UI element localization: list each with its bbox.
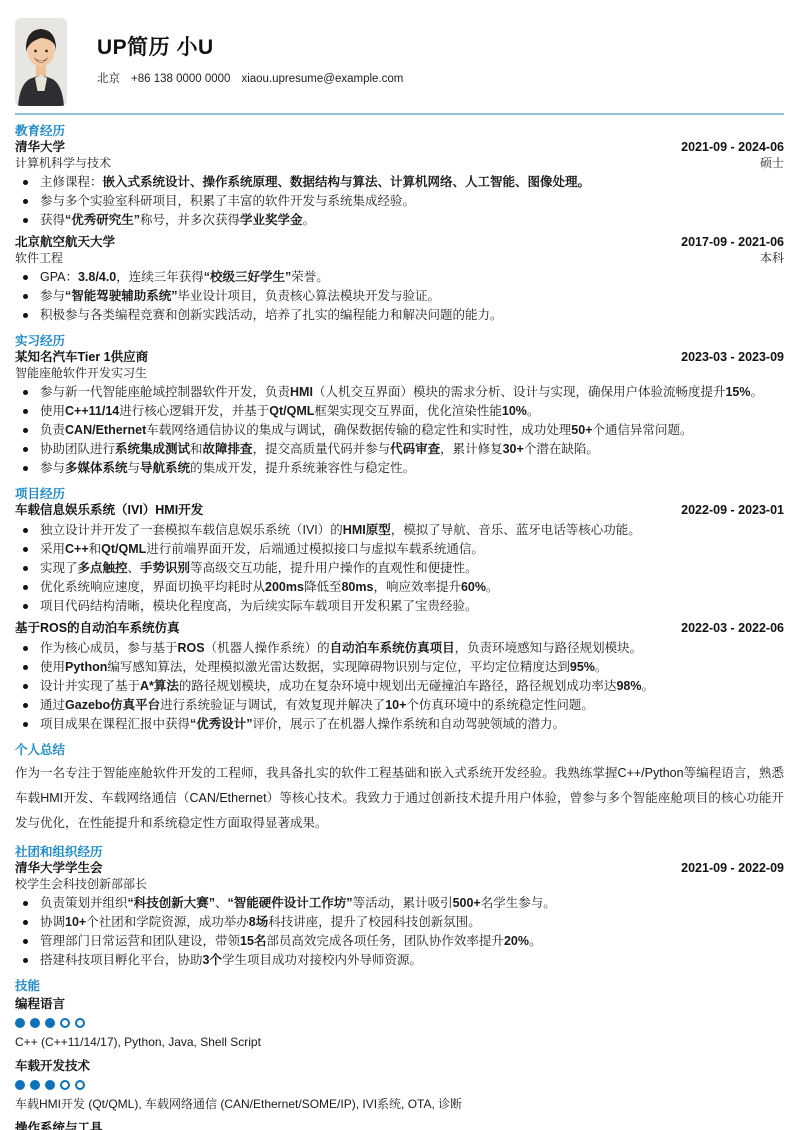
bullet-item: 参与“智能驾驶辅助系统”毕业设计项目，负责核心算法模块开发与验证。 bbox=[15, 287, 784, 306]
bullet-text-bold: 15名 bbox=[240, 934, 266, 948]
degree-label: 本科 bbox=[760, 251, 784, 265]
bullet-text: 获得 bbox=[40, 213, 65, 227]
bullet-text-bold: 80ms bbox=[341, 580, 373, 594]
bullet-item: 参与新一代智能座舱域控制器软件开发，负责HMI（人机交互界面）模块的需求分析、设… bbox=[15, 383, 784, 402]
section-title: 技能 bbox=[15, 979, 784, 993]
bullet-item: 使用C++11/14进行核心逻辑开发，并基于Qt/QML框架实现交互界面，优化渲… bbox=[15, 402, 784, 421]
bullet-text: 。 bbox=[595, 660, 608, 674]
bullet-text-bold: 导航系统 bbox=[140, 461, 190, 475]
header-divider bbox=[15, 113, 784, 115]
bullet-text: 科技讲座，提升了校园科技创新氛围。 bbox=[268, 915, 481, 929]
bullet-text: 使用 bbox=[40, 404, 65, 418]
bullet-text-bold: Python bbox=[65, 660, 107, 674]
bullet-text-bold: 代码审查 bbox=[390, 442, 440, 456]
bullet-text: 部员高效完成各项任务，团队协作效率提升 bbox=[266, 934, 504, 948]
bullet-text-bold: 500+ bbox=[453, 896, 481, 910]
bullet-item: 参与多媒体系统与导航系统的集成开发，提升系统兼容性与稳定性。 bbox=[15, 459, 784, 478]
section-title: 实习经历 bbox=[15, 334, 784, 348]
bullet-item: 参与多个实验室科研项目，积累了丰富的软件开发与系统集成经验。 bbox=[15, 192, 784, 211]
education-entry: 清华大学 2021-09 - 2024-06 计算机科学与技术 硕士 主修课程：… bbox=[15, 140, 784, 230]
portrait-illustration bbox=[15, 18, 67, 106]
bullet-text-bold: 3个 bbox=[203, 953, 222, 967]
email-text: xiaou.upresume@example.com bbox=[241, 73, 403, 85]
bullet-text: 。 bbox=[750, 385, 763, 399]
section-title: 项目经历 bbox=[15, 487, 784, 501]
section-title: 社团和组织经历 bbox=[15, 845, 784, 859]
bullet-text-bold: 学业奖学金 bbox=[240, 213, 303, 227]
bullet-text: 搭建科技项目孵化平台，协助 bbox=[40, 953, 203, 967]
rating-dot-empty-icon bbox=[75, 1018, 85, 1028]
bullet-text: 降低至 bbox=[304, 580, 342, 594]
project-entry: 车载信息娱乐系统（IVI）HMI开发 2022-09 - 2023-01 独立设… bbox=[15, 503, 784, 616]
section-skills: 技能 编程语言 C++ (C++11/14/17), Python, Java,… bbox=[15, 979, 784, 1130]
bullet-text: ，提交高质量代码并参与 bbox=[253, 442, 391, 456]
bullet-item: 管理部门日常运营和团队建设，带领15名部员高效完成各项任务，团队协作效率提升20… bbox=[15, 932, 784, 951]
profile-photo bbox=[15, 18, 67, 106]
school-name: 清华大学 bbox=[15, 140, 65, 155]
bullet-list: 主修课程：嵌入式系统设计、操作系统原理、数据结构与算法、计算机网络、人工智能、图… bbox=[15, 173, 784, 230]
bullet-text: 参与 bbox=[40, 289, 65, 303]
bullet-text-bold: “智能驾驶辅助系统” bbox=[65, 289, 178, 303]
bullet-text: 。 bbox=[486, 580, 499, 594]
bullet-text-bold: 3.8/4.0 bbox=[78, 270, 116, 284]
bullet-text: 采用 bbox=[40, 542, 65, 556]
bullet-text-bold: 系统集成测试 bbox=[115, 442, 190, 456]
section-organizations: 社团和组织经历 清华大学学生会 2021-09 - 2022-09 校学生会科技… bbox=[15, 845, 784, 970]
school-name: 北京航空航天大学 bbox=[15, 235, 115, 250]
bullet-text-bold: C++ bbox=[65, 542, 89, 556]
bullet-text: 车载网络通信协议的集成与调试，确保数据传输的稳定性和实时性，成功处理 bbox=[146, 423, 571, 437]
bullet-text-bold: 30+ bbox=[503, 442, 524, 456]
bullet-text: 个仿真环境中的系统稳定性问题。 bbox=[406, 698, 594, 712]
bullet-text-bold: HMI原型 bbox=[343, 523, 391, 537]
bullet-text: 参与多个实验室科研项目，积累了丰富的软件开发与系统集成经验。 bbox=[40, 194, 415, 208]
bullet-item: 使用Python编写感知算法，处理模拟激光雷达数据，实现障碍物识别与定位，平均定… bbox=[15, 658, 784, 677]
bullet-text-bold: 10+ bbox=[65, 915, 86, 929]
bullet-text-bold: 8场 bbox=[249, 915, 268, 929]
bullet-text: 参与 bbox=[40, 461, 65, 475]
skill-description: 车载HMI开发 (Qt/QML), 车载网络通信 (CAN/Ethernet/S… bbox=[15, 1097, 784, 1112]
bullet-text: 、 bbox=[215, 896, 228, 910]
bullet-text: 负责 bbox=[40, 423, 65, 437]
bullet-text-bold: 20% bbox=[504, 934, 529, 948]
bullet-text: 作为核心成员，参与基于 bbox=[40, 641, 178, 655]
bullet-item: 负责策划并组织“科技创新大赛”、“智能硬件设计工作坊”等活动，累计吸引500+名… bbox=[15, 894, 784, 913]
bullet-text: ，模拟了导航、音乐、蓝牙电话等核心功能。 bbox=[391, 523, 641, 537]
bullet-text-bold: 多点触控 bbox=[78, 561, 128, 575]
rating-dot-filled-icon bbox=[30, 1080, 40, 1090]
bullet-text: 参与新一代智能座舱域控制器软件开发，负责 bbox=[40, 385, 290, 399]
bullet-text: 。 bbox=[529, 934, 542, 948]
bullet-text: 个潜在缺陷。 bbox=[524, 442, 599, 456]
bullet-text: 荣誉。 bbox=[291, 270, 329, 284]
bullet-text-bold: 10+ bbox=[385, 698, 406, 712]
rating-dot-empty-icon bbox=[60, 1080, 70, 1090]
bullet-text: 和 bbox=[89, 542, 102, 556]
bullet-text: 负责策划并组织 bbox=[40, 896, 128, 910]
skill-name: 操作系统与工具 bbox=[15, 1121, 784, 1130]
bullet-text: ，响应效率提升 bbox=[373, 580, 461, 594]
bullet-text: ，负责环境感知与路径规划模块。 bbox=[455, 641, 643, 655]
skill-description: C++ (C++11/14/17), Python, Java, Shell S… bbox=[15, 1035, 784, 1050]
bullet-list: 独立设计并开发了一套模拟车载信息娱乐系统（IVI）的HMI原型，模拟了导航、音乐… bbox=[15, 521, 784, 616]
entry-date: 2022-09 - 2023-01 bbox=[681, 503, 784, 518]
skill-name: 编程语言 bbox=[15, 997, 784, 1012]
internship-entry: 某知名汽车Tier 1供应商 2023-03 - 2023-09 智能座舱软件开… bbox=[15, 350, 784, 478]
location-text: 北京 bbox=[97, 70, 120, 86]
project-entry: 基于ROS的自动泊车系统仿真 2022-03 - 2022-06 作为核心成员，… bbox=[15, 621, 784, 734]
summary-paragraph: 作为一名专注于智能座舱软件开发的工程师，我具备扎实的软件工程基础和嵌入式系统开发… bbox=[15, 761, 784, 836]
bullet-text: 。 bbox=[303, 213, 316, 227]
bullet-item: 协助团队进行系统集成测试和故障排查，提交高质量代码并参与代码审查，累计修复30+… bbox=[15, 440, 784, 459]
bullet-text-bold: 200ms bbox=[265, 580, 304, 594]
entry-date: 2017-09 - 2021-06 bbox=[681, 235, 784, 250]
bullet-item: 项目代码结构清晰，模块化程度高，为后续实际车载项目开发积累了宝贵经验。 bbox=[15, 597, 784, 616]
bullet-text: 进行系统验证与调试，有效复现并解决了 bbox=[160, 698, 385, 712]
section-internship: 实习经历 某知名汽车Tier 1供应商 2023-03 - 2023-09 智能… bbox=[15, 334, 784, 478]
bullet-item: 独立设计并开发了一套模拟车载信息娱乐系统（IVI）的HMI原型，模拟了导航、音乐… bbox=[15, 521, 784, 540]
entry-date: 2021-09 - 2022-09 bbox=[681, 861, 784, 876]
bullet-text-bold: 10% bbox=[502, 404, 527, 418]
role-name: 校学生会科技创新部部长 bbox=[15, 877, 147, 891]
bullet-text: ，连续三年获得 bbox=[116, 270, 204, 284]
bullet-item: 采用C++和Qt/QML进行前端界面开发，后端通过模拟接口与虚拟车载系统通信。 bbox=[15, 540, 784, 559]
rating-dot-empty-icon bbox=[60, 1018, 70, 1028]
bullet-text-bold: ROS bbox=[178, 641, 205, 655]
bullet-text-bold: “科技创新大赛” bbox=[128, 896, 216, 910]
bullet-text: 编写感知算法，处理模拟激光雷达数据，实现障碍物识别与定位，平均定位精度达到 bbox=[107, 660, 570, 674]
company-name: 某知名汽车Tier 1供应商 bbox=[15, 350, 148, 365]
bullet-item: 实现了多点触控、手势识别等高级交互功能，提升用户操作的直观性和便捷性。 bbox=[15, 559, 784, 578]
bullet-text: 名学生参与。 bbox=[481, 896, 556, 910]
bullet-text-bold: 98% bbox=[616, 679, 641, 693]
bullet-text-bold: 95% bbox=[570, 660, 595, 674]
bullet-text: 积极参与各类编程竞赛和创新实践活动，培养了扎实的编程能力和解决问题的能力。 bbox=[40, 308, 503, 322]
bullet-text: 毕业设计项目，负责核心算法模块开发与验证。 bbox=[178, 289, 441, 303]
bullet-text-bold: 50+ bbox=[571, 423, 592, 437]
bullet-text: 设计并实现了基于 bbox=[40, 679, 140, 693]
organization-entry: 清华大学学生会 2021-09 - 2022-09 校学生会科技创新部部长 负责… bbox=[15, 861, 784, 970]
bullet-text-bold: A*算法 bbox=[140, 679, 179, 693]
skill-rating bbox=[15, 1080, 784, 1090]
section-education: 教育经历 清华大学 2021-09 - 2024-06 计算机科学与技术 硕士 … bbox=[15, 124, 784, 325]
bullet-list: 负责策划并组织“科技创新大赛”、“智能硬件设计工作坊”等活动，累计吸引500+名… bbox=[15, 894, 784, 970]
degree-label: 硕士 bbox=[760, 156, 784, 170]
bullet-text: 称号，并多次获得 bbox=[140, 213, 240, 227]
major-name: 计算机科学与技术 bbox=[15, 156, 111, 170]
bullet-item: 负责CAN/Ethernet车载网络通信协议的集成与调试，确保数据传输的稳定性和… bbox=[15, 421, 784, 440]
bullet-text-bold: “优秀研究生” bbox=[65, 213, 140, 227]
skill-item: 操作系统与工具 bbox=[15, 1121, 784, 1130]
bullet-text-bold: 自动泊车系统仿真项目 bbox=[330, 641, 455, 655]
bullet-text: 。 bbox=[641, 679, 654, 693]
bullet-list: GPA：3.8/4.0，连续三年获得“校级三好学生”荣誉。 参与“智能驾驶辅助系… bbox=[15, 268, 784, 325]
bullet-text-bold: Gazebo仿真平台 bbox=[65, 698, 160, 712]
bullet-text-bold: “校级三好学生” bbox=[204, 270, 292, 284]
bullet-text-bold: HMI bbox=[290, 385, 313, 399]
section-projects: 项目经历 车载信息娱乐系统（IVI）HMI开发 2022-09 - 2023-0… bbox=[15, 487, 784, 734]
bullet-text: （机器人操作系统）的 bbox=[205, 641, 330, 655]
bullet-text-bold: 手势识别 bbox=[140, 561, 190, 575]
bullet-text-bold: 多媒体系统 bbox=[65, 461, 128, 475]
skill-item: 编程语言 C++ (C++11/14/17), Python, Java, Sh… bbox=[15, 997, 784, 1050]
bullet-text: 进行前端界面开发，后端通过模拟接口与虚拟车载系统通信。 bbox=[146, 542, 484, 556]
rating-dot-empty-icon bbox=[75, 1080, 85, 1090]
bullet-text-bold: Qt/QML bbox=[101, 542, 146, 556]
entry-date: 2023-03 - 2023-09 bbox=[681, 350, 784, 365]
bullet-item: 搭建科技项目孵化平台，协助3个学生项目成功对接校内外导师资源。 bbox=[15, 951, 784, 970]
bullet-text-bold: Qt/QML bbox=[269, 404, 314, 418]
bullet-text-bold: 嵌入式系统设计、操作系统原理、数据结构与算法、计算机网络、人工智能、图像处理。 bbox=[103, 175, 591, 189]
bullet-text: 项目代码结构清晰，模块化程度高，为后续实际车载项目开发积累了宝贵经验。 bbox=[40, 599, 478, 613]
bullet-text: 评价，展示了在机器人操作系统和自动驾驶领域的潜力。 bbox=[253, 717, 566, 731]
bullet-text-bold: C++11/14 bbox=[65, 404, 119, 418]
rating-dot-filled-icon bbox=[15, 1018, 25, 1028]
bullet-text: 个通信异常问题。 bbox=[593, 423, 693, 437]
organization-name: 清华大学学生会 bbox=[15, 861, 103, 876]
bullet-item: 积极参与各类编程竞赛和创新实践活动，培养了扎实的编程能力和解决问题的能力。 bbox=[15, 306, 784, 325]
bullet-item: 通过Gazebo仿真平台进行系统验证与调试，有效复现并解决了10+个仿真环境中的… bbox=[15, 696, 784, 715]
entry-date: 2021-09 - 2024-06 bbox=[681, 140, 784, 155]
bullet-text: 通过 bbox=[40, 698, 65, 712]
bullet-text: 学生项目成功对接校内外导师资源。 bbox=[222, 953, 422, 967]
rating-dot-filled-icon bbox=[45, 1080, 55, 1090]
candidate-name: UP简历 小U bbox=[97, 31, 403, 61]
bullet-text: 进行核心逻辑开发，并基于 bbox=[119, 404, 269, 418]
bullet-text: 独立设计并开发了一套模拟车载信息娱乐系统（IVI）的 bbox=[40, 523, 343, 537]
bullet-text: 的路径规划模块，成功在复杂环境中规划出无碰撞泊车路径，路径规划成功率达 bbox=[179, 679, 617, 693]
bullet-list: 作为核心成员，参与基于ROS（机器人操作系统）的自动泊车系统仿真项目，负责环境感… bbox=[15, 639, 784, 734]
education-entry: 北京航空航天大学 2017-09 - 2021-06 软件工程 本科 GPA：3… bbox=[15, 235, 784, 325]
bullet-text-bold: 60% bbox=[461, 580, 486, 594]
bullet-text: 。 bbox=[527, 404, 540, 418]
bullet-text: 项目成果在课程汇报中获得 bbox=[40, 717, 190, 731]
bullet-text: 使用 bbox=[40, 660, 65, 674]
bullet-text: 和 bbox=[190, 442, 203, 456]
major-name: 软件工程 bbox=[15, 251, 63, 265]
bullet-text: GPA： bbox=[40, 270, 78, 284]
bullet-item: 协调10+个社团和学院资源，成功举办8场科技讲座，提升了校园科技创新氛围。 bbox=[15, 913, 784, 932]
skill-rating bbox=[15, 1018, 784, 1028]
bullet-text: 等活动，累计吸引 bbox=[353, 896, 453, 910]
bullet-item: 作为核心成员，参与基于ROS（机器人操作系统）的自动泊车系统仿真项目，负责环境感… bbox=[15, 639, 784, 658]
bullet-text: 框架实现交互界面，优化渲染性能 bbox=[314, 404, 502, 418]
skill-name: 车载开发技术 bbox=[15, 1059, 784, 1074]
role-name: 智能座舱软件开发实习生 bbox=[15, 366, 147, 380]
section-summary: 个人总结 作为一名专注于智能座舱软件开发的工程师，我具备扎实的软件工程基础和嵌入… bbox=[15, 743, 784, 836]
bullet-text-bold: CAN/Ethernet bbox=[65, 423, 146, 437]
project-name: 基于ROS的自动泊车系统仿真 bbox=[15, 621, 180, 636]
contact-row: 北京 +86 138 0000 0000 xiaou.upresume@exam… bbox=[97, 70, 403, 86]
bullet-list: 参与新一代智能座舱域控制器软件开发，负责HMI（人机交互界面）模块的需求分析、设… bbox=[15, 383, 784, 478]
bullet-text-bold: 故障排查 bbox=[203, 442, 253, 456]
bullet-item: 获得“优秀研究生”称号，并多次获得学业奖学金。 bbox=[15, 211, 784, 230]
bullet-item: 项目成果在课程汇报中获得“优秀设计”评价，展示了在机器人操作系统和自动驾驶领域的… bbox=[15, 715, 784, 734]
bullet-text: 等高级交互功能，提升用户操作的直观性和便捷性。 bbox=[190, 561, 478, 575]
bullet-text: 协调 bbox=[40, 915, 65, 929]
bullet-text: 实现了 bbox=[40, 561, 78, 575]
section-title: 个人总结 bbox=[15, 743, 784, 757]
bullet-text-bold: 15% bbox=[725, 385, 750, 399]
bullet-text: 与 bbox=[128, 461, 141, 475]
resume-page: UP简历 小U 北京 +86 138 0000 0000 xiaou.upres… bbox=[0, 0, 799, 1130]
bullet-text: ，累计修复 bbox=[440, 442, 503, 456]
project-name: 车载信息娱乐系统（IVI）HMI开发 bbox=[15, 503, 203, 518]
bullet-text: 的集成开发，提升系统兼容性与稳定性。 bbox=[190, 461, 415, 475]
bullet-item: 主修课程：嵌入式系统设计、操作系统原理、数据结构与算法、计算机网络、人工智能、图… bbox=[15, 173, 784, 192]
bullet-text: 、 bbox=[128, 561, 141, 575]
entry-date: 2022-03 - 2022-06 bbox=[681, 621, 784, 636]
bullet-item: 优化系统响应速度，界面切换平均耗时从200ms降低至80ms，响应效率提升60%… bbox=[15, 578, 784, 597]
rating-dot-filled-icon bbox=[15, 1080, 25, 1090]
bullet-text-bold: “智能硬件设计工作坊” bbox=[228, 896, 353, 910]
rating-dot-filled-icon bbox=[45, 1018, 55, 1028]
section-title: 教育经历 bbox=[15, 124, 784, 138]
bullet-item: 设计并实现了基于A*算法的路径规划模块，成功在复杂环境中规划出无碰撞泊车路径，路… bbox=[15, 677, 784, 696]
bullet-text: （人机交互界面）模块的需求分析、设计与实现，确保用户体验流畅度提升 bbox=[313, 385, 726, 399]
bullet-text: 优化系统响应速度，界面切换平均耗时从 bbox=[40, 580, 265, 594]
phone-text: +86 138 0000 0000 bbox=[131, 73, 230, 85]
bullet-text: 协助团队进行 bbox=[40, 442, 115, 456]
bullet-text-bold: “优秀设计” bbox=[190, 717, 253, 731]
rating-dot-filled-icon bbox=[30, 1018, 40, 1028]
bullet-text: 管理部门日常运营和团队建设，带领 bbox=[40, 934, 240, 948]
skill-item: 车载开发技术 车载HMI开发 (Qt/QML), 车载网络通信 (CAN/Eth… bbox=[15, 1059, 784, 1112]
resume-header: UP简历 小U 北京 +86 138 0000 0000 xiaou.upres… bbox=[15, 18, 784, 106]
bullet-item: GPA：3.8/4.0，连续三年获得“校级三好学生”荣誉。 bbox=[15, 268, 784, 287]
bullet-text: 主修课程： bbox=[40, 175, 103, 189]
bullet-text: 个社团和学院资源，成功举办 bbox=[86, 915, 249, 929]
header-text-block: UP简历 小U 北京 +86 138 0000 0000 xiaou.upres… bbox=[97, 18, 403, 106]
